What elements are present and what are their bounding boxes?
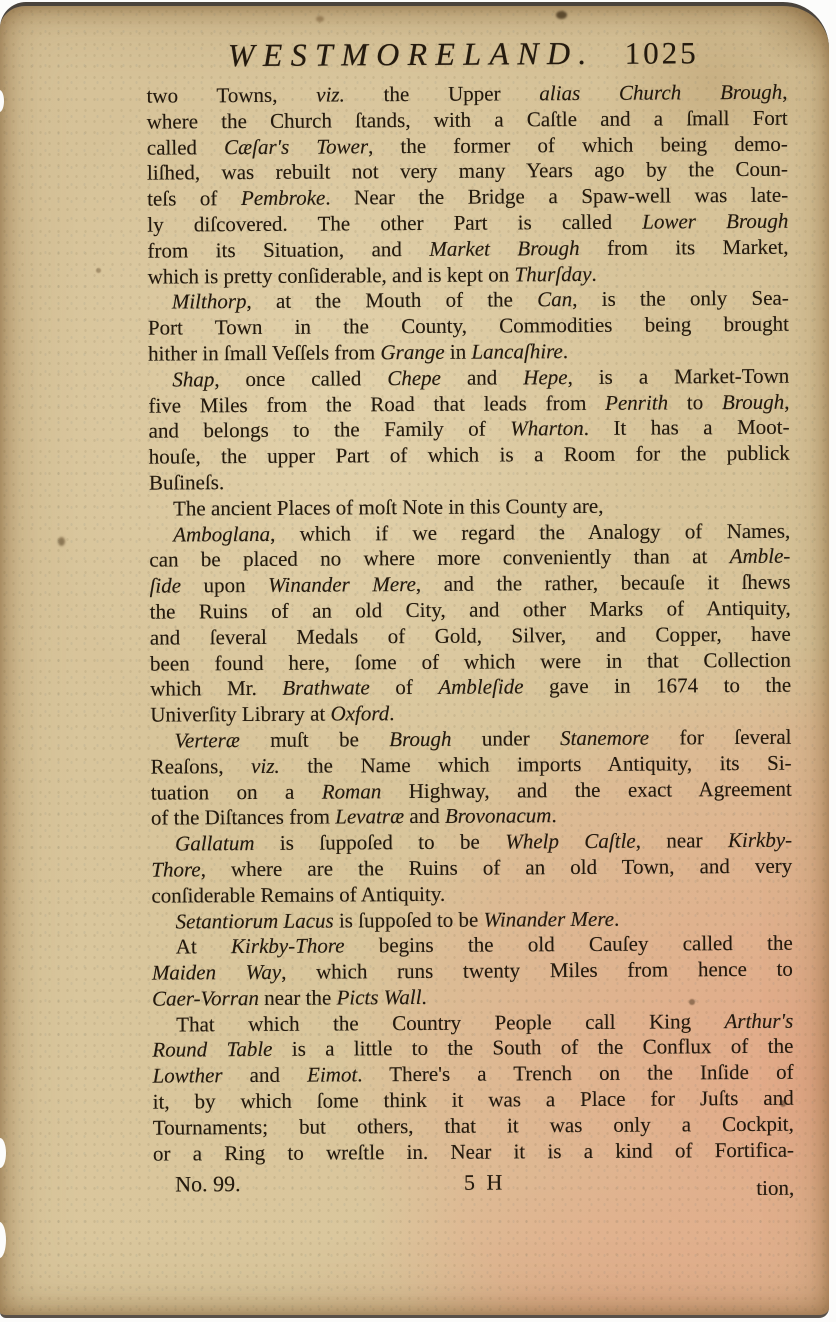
page-body: two Towns, viz. the Upper alias Church B… <box>0 70 832 1168</box>
roman-text: of <box>370 675 439 699</box>
page-content: WESTMORELAND. 1025 two Towns, viz. the U… <box>0 3 833 1317</box>
issue-number: No. 99. <box>153 1171 381 1198</box>
text-line: Caer-Vorran near the Picts Wall. <box>152 983 793 1013</box>
text-line: Milthorp, at the Mouth of the Can, is th… <box>148 286 789 316</box>
text-line: from its Situation, and Market Brough fr… <box>147 234 788 264</box>
italic-text: Milthorp <box>172 289 247 313</box>
roman-text: in <box>445 340 472 364</box>
roman-text: and ſeveral Medals of Gold, Silver, and … <box>150 621 791 649</box>
roman-text: is ſuppoſed to be <box>254 830 505 856</box>
roman-text: upon <box>181 573 268 598</box>
italic-text: Thore <box>151 857 201 881</box>
text-line: five Miles from the Road that leads from… <box>148 389 789 419</box>
roman-text: . <box>563 339 568 363</box>
ink-blemish <box>316 16 324 22</box>
roman-text: At <box>176 934 231 958</box>
italic-text: Winander Mere <box>268 572 416 597</box>
italic-text: Whelp Caſtle <box>505 829 636 854</box>
roman-text: which Mr. <box>150 676 282 701</box>
roman-text: , is the only Sea- <box>572 286 789 311</box>
roman-text: , near <box>636 828 728 853</box>
italic-text: Chepe <box>387 366 441 390</box>
text-line: hither in ſmall Veſſels from Grange in L… <box>148 338 789 368</box>
text-line: ſide upon Winander Mere, and the rather,… <box>149 570 790 600</box>
ink-blemish <box>689 999 695 1005</box>
text-line: Setantiorum Lacus is ſuppoſed to be Wina… <box>152 905 793 935</box>
signature-mark: 5 H <box>381 1169 587 1196</box>
roman-text: is ſuppoſed to be <box>334 907 484 932</box>
roman-text: , <box>782 80 787 104</box>
roman-text: , and the rather, becauſe it ſhews <box>416 570 791 596</box>
italic-text: Kirkby-Thore <box>231 934 345 959</box>
roman-text: The ancient Places of moſt Note in this … <box>173 494 604 521</box>
roman-text: . There's a Trench on the Inſide of <box>357 1060 793 1087</box>
roman-text: , which if we regard the Analogy of Name… <box>270 518 790 545</box>
text-line: two Towns, viz. the Upper alias Church B… <box>146 80 787 110</box>
roman-text: two Towns, <box>146 83 316 108</box>
roman-text: hither in ſmall Veſſels from <box>148 340 380 365</box>
text-line: which Mr. Brathwate of Ambleſide gave in… <box>150 673 791 703</box>
text-line: the Ruins of an old City, and other Mark… <box>150 596 791 626</box>
italic-text: Kirkby- <box>728 828 792 852</box>
catchword: tion, <box>588 1176 794 1202</box>
italic-text: Thurſday <box>514 261 591 285</box>
text-line: Amboglana, which if we regard the Analog… <box>149 518 790 548</box>
roman-text: Buſineſs. <box>149 470 224 494</box>
italic-text: Market Brough <box>429 236 579 261</box>
roman-text: can be placed no where more conveniently… <box>149 544 729 572</box>
italic-text: Pembroke <box>241 186 326 211</box>
text-line: The ancient Places of moſt Note in this … <box>149 492 790 522</box>
roman-text: five Miles from the Road that leads from <box>148 390 605 417</box>
italic-text: Arthur's <box>724 1008 793 1032</box>
page-number: 1025 <box>625 35 699 71</box>
italic-text: Gallatum <box>175 831 254 855</box>
text-line: can be placed no where more conveniently… <box>149 544 790 574</box>
running-title: WESTMORELAND. <box>228 35 595 74</box>
text-line: That which the Country People call King … <box>152 1008 793 1038</box>
italic-text: Lowther <box>152 1063 222 1087</box>
text-line: Gallatum is ſuppoſed to be Whelp Caſtle,… <box>151 828 792 858</box>
roman-text: , the former of which being demo- <box>368 131 788 158</box>
italic-text: Amboglana <box>173 521 270 546</box>
italic-text: Maiden Way <box>152 960 281 985</box>
roman-text: ly diſcovered. The other Part is called <box>147 210 642 237</box>
italic-text: Wharton <box>510 416 584 440</box>
roman-text: tuation on a <box>151 779 322 804</box>
roman-text: . <box>591 261 596 285</box>
roman-text: , where are the Ruins of an old Town, an… <box>201 854 793 882</box>
text-line: ly diſcovered. The other Part is called … <box>147 209 788 239</box>
roman-text: conſiderable Remains of Antiquity. <box>151 882 445 908</box>
italic-text: Can <box>537 287 572 311</box>
italic-text: viz. <box>316 82 345 106</box>
roman-text: it, by which ſome think it was a Place f… <box>153 1086 794 1114</box>
text-line: and belongs to the Family of Wharton. It… <box>149 415 790 445</box>
roman-text: Reaſons, <box>151 754 252 779</box>
text-line: Tournaments; but others, that it was onl… <box>153 1112 794 1142</box>
roman-text: from its Situation, and <box>147 237 429 263</box>
text-line: where the Church ſtands, with a Caſtle a… <box>147 106 788 136</box>
italic-text: Cæſar's Tower <box>224 134 368 159</box>
roman-text: begins the old Cauſey called the <box>344 931 792 958</box>
roman-text: and <box>222 1063 307 1088</box>
italic-text: Verteræ <box>174 728 239 752</box>
roman-text: That which the Country People call King <box>176 1009 724 1036</box>
roman-text: . <box>614 906 619 930</box>
italic-text: Brough <box>722 389 784 413</box>
roman-text: . <box>551 803 556 827</box>
roman-text: of the Diſtances from <box>151 805 335 830</box>
roman-text: for ſeveral <box>649 725 792 750</box>
italic-text: Stanemore <box>560 725 649 750</box>
ink-blemish <box>780 1100 786 1107</box>
italic-text: Oxford <box>330 701 389 725</box>
roman-text: from its Market, <box>580 234 789 259</box>
text-line: conſiderable Remains of Antiquity. <box>151 879 792 909</box>
roman-text: under <box>451 726 560 751</box>
italic-text: Brovonacum <box>445 803 552 828</box>
roman-text: is a little to the South of the Conflux … <box>272 1034 793 1061</box>
roman-text: , <box>784 389 789 413</box>
italic-text: Roman <box>322 779 382 803</box>
roman-text: Highway, and the exact Agreement <box>381 776 792 803</box>
ink-blemish <box>556 11 567 19</box>
italic-text: Eimot <box>307 1063 357 1087</box>
roman-text: houſe, the upper Part of which is a Room… <box>149 441 790 469</box>
text-line: Round Table is a little to the South of … <box>152 1034 793 1064</box>
roman-text: , is a Market-Town <box>567 363 789 388</box>
text-line: Lowther and Eimot. There's a Trench on t… <box>152 1060 793 1090</box>
text-line: it, by which ſome think it was a Place f… <box>153 1086 794 1116</box>
roman-text: . <box>389 701 394 725</box>
roman-text: to <box>668 390 722 414</box>
text-line: Maiden Way, which runs twenty Miles from… <box>152 957 793 987</box>
roman-text: or a Ring to wreſtle in. Near it is a ki… <box>153 1137 794 1165</box>
text-line: Verteræ muſt be Brough under Stanemore f… <box>150 725 791 755</box>
italic-text: Grange <box>380 340 444 364</box>
italic-text: Round Table <box>152 1037 272 1062</box>
italic-text: Levatræ <box>335 804 404 828</box>
italic-text: Lower Brough <box>642 209 788 234</box>
roman-text: Univerſity Library at <box>150 702 330 727</box>
roman-text: and belongs to the Family of <box>149 417 511 443</box>
roman-text: the Ruins of an old City, and other Mark… <box>150 596 791 624</box>
italic-text: Lancaſhire <box>471 339 563 364</box>
roman-text: . Near the Bridge a Spaw-well was late- <box>325 183 788 210</box>
italic-text: Amble- <box>730 544 791 568</box>
roman-text: Tournaments; but others, that it was onl… <box>153 1112 794 1140</box>
text-line: which is pretty conſiderable, and is kep… <box>148 260 789 290</box>
text-line: Shap, once called Chepe and Hepe, is a M… <box>148 363 789 393</box>
roman-text: , at the Mouth of the <box>246 288 537 314</box>
roman-text: muſt be <box>240 727 390 752</box>
page-header: WESTMORELAND. 1025 <box>0 33 825 75</box>
roman-text: Port Town in the County, Commodities bei… <box>148 312 789 340</box>
roman-text: near the <box>259 985 337 1009</box>
paper-page: WESTMORELAND. 1025 two Towns, viz. the U… <box>0 2 829 1318</box>
text-line: called Cæſar's Tower, the former of whic… <box>147 131 788 161</box>
text-line: Thore, where are the Ruins of an old Tow… <box>151 854 792 884</box>
italic-text: Brough <box>389 727 451 751</box>
roman-text: teſs of <box>147 186 241 211</box>
text-line: houſe, the upper Part of which is a Room… <box>149 441 790 471</box>
text-line: tuation on a Roman Highway, and the exac… <box>151 776 792 806</box>
italic-text: Setantiorum Lacus <box>176 908 334 933</box>
page-footer: No. 99. 5 H tion, <box>3 1163 832 1199</box>
roman-text: gave in 1674 to the <box>523 673 791 699</box>
text-line: been found here, ſome of which were in t… <box>150 647 791 677</box>
ink-blemish <box>58 537 65 546</box>
ink-blemish <box>96 268 101 273</box>
text-line: teſs of Pembroke. Near the Bridge a Spaw… <box>147 183 788 213</box>
roman-text: which is pretty conſiderable, and is kep… <box>148 262 515 288</box>
roman-text: , once called <box>214 366 387 391</box>
italic-text: ſide <box>149 574 181 598</box>
text-line: liſhed, was rebuilt not very many Years … <box>147 157 788 187</box>
book-page-scan: WESTMORELAND. 1025 two Towns, viz. the U… <box>0 0 836 1322</box>
text-line: or a Ring to wreſtle in. Near it is a ki… <box>153 1137 794 1167</box>
text-line: Buſineſs. <box>149 467 790 497</box>
roman-text: , which runs twenty Miles from hence to <box>281 957 793 984</box>
roman-text: and <box>404 804 445 828</box>
roman-text: been found here, ſome of which were in t… <box>150 647 791 675</box>
roman-text: . It has a Moot- <box>584 415 790 440</box>
text-line: Reaſons, viz. the Name which imports Ant… <box>151 750 792 780</box>
italic-text: Shap <box>172 367 214 391</box>
italic-text: Ambleſide <box>438 675 523 700</box>
italic-text: alias Church Brough <box>539 80 782 105</box>
roman-text: . <box>421 985 426 1009</box>
italic-text: Penrith <box>605 390 668 414</box>
roman-text: liſhed, was rebuilt not very many Years … <box>147 157 788 185</box>
text-line: At Kirkby-Thore begins the old Cauſey ca… <box>152 931 793 961</box>
text-line: Port Town in the County, Commodities bei… <box>148 312 789 342</box>
italic-text: Picts Wall <box>336 985 421 1010</box>
italic-text: Winander Mere <box>484 906 615 931</box>
roman-text: where the Church ſtands, with a Caſtle a… <box>147 106 788 134</box>
italic-text: Hepe <box>523 365 567 389</box>
text-line: and ſeveral Medals of Gold, Silver, and … <box>150 621 791 651</box>
text-line: of the Diſtances from Levatræ and Brovon… <box>151 802 792 832</box>
text-line: Univerſity Library at Oxford. <box>150 699 791 729</box>
roman-text: the Name which imports Antiquity, its Si… <box>280 750 792 777</box>
italic-text: Brathwate <box>282 676 370 701</box>
roman-text: called <box>147 135 224 159</box>
italic-text: Caer-Vorran <box>152 986 259 1011</box>
roman-text: the Upper <box>345 81 540 106</box>
italic-text: viz. <box>251 754 280 778</box>
roman-text: and <box>441 365 523 390</box>
